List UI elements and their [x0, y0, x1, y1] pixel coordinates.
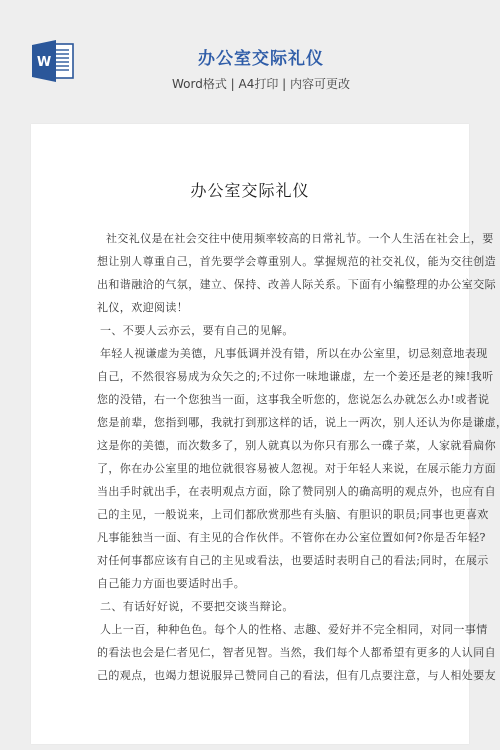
section-heading: 一、不要人云亦云，要有自己的见解。: [97, 319, 409, 342]
body-line: 出和谐融洽的气氛，建立、保持、改善人际关系。下面有小编整理的办公室交际: [97, 273, 409, 296]
body-line: 己的观点，也竭力想说服异己赞同自己的看法，但有几点要注意，与人相处要友: [97, 664, 409, 687]
body-line: 己的主见，一般说来，上司们都欣赏那些有头脑、有胆识的职员;同事也更喜欢: [97, 503, 409, 526]
body-line: 想让别人尊重自己，首先要学会尊重别人。掌握规范的社交礼仪，能为交往创造: [97, 250, 409, 273]
document-body: 社交礼仪是在社会交往中使用频率较高的日常礼节。一个人生活在社会上，要 想让别人尊…: [97, 227, 409, 687]
body-line: 当出手时就出手，在表明观点方面，除了赞同别人的确高明的观点外，也应有自: [97, 480, 409, 503]
body-line: 人上一百，种种色色。每个人的性格、志趣、爱好并不完全相同，对同一事情: [97, 618, 409, 641]
body-line: 对任何事都应该有自己的主见或看法，也要适时表明自己的看法;同时，在展示: [97, 549, 409, 572]
header-title: 办公室交际礼仪: [0, 44, 500, 69]
body-line: 自己，不然很容易成为众矢之的;不过你一味地谦虚，左一个姜还是老的辣!我听: [97, 365, 409, 388]
document-page: 办公室交际礼仪 社交礼仪是在社会交往中使用频率较高的日常礼节。一个人生活在社会上…: [31, 124, 469, 744]
section-heading: 二、有话好好说，不要把交谈当辩论。: [97, 595, 409, 618]
body-line: 年轻人视谦虚为美德，凡事低调并没有错，所以在办公室里，切忌刻意地表现: [97, 342, 409, 365]
body-line: 凡事能独当一面、有主见的合作伙伴。不管你在办公室位置如何?你是否年轻?: [97, 526, 409, 549]
body-line: 您是前辈，您指到哪，我就打到那这样的话，说上一两次，别人还认为你是谦虚，: [97, 411, 409, 434]
body-line: 社交礼仪是在社会交往中使用频率较高的日常礼节。一个人生活在社会上，要: [97, 227, 409, 250]
document-title: 办公室交际礼仪: [31, 178, 469, 201]
body-line: 礼仪，欢迎阅读！: [97, 296, 409, 319]
body-line: 了，你在办公室里的地位就很容易被人忽视。对于年轻人来说，在展示能力方面: [97, 457, 409, 480]
body-line: 您的没错，右一个您独当一面，这事我全听您的，您说怎么办就怎么办!或者说: [97, 388, 409, 411]
body-line: 这是你的美德，而次数多了，别人就真以为你只有那么一碟子菜，人家就看扁你: [97, 434, 409, 457]
body-line: 的看法也会是仁者见仁，智者见智。当然，我们每个人都希望有更多的人认同自: [97, 641, 409, 664]
header-banner: W 办公室交际礼仪 Word格式 | A4打印 | 内容可更改: [0, 0, 500, 120]
header-subtitle: Word格式 | A4打印 | 内容可更改: [0, 75, 500, 92]
body-line: 自己能力方面也要适时出手。: [97, 572, 409, 595]
